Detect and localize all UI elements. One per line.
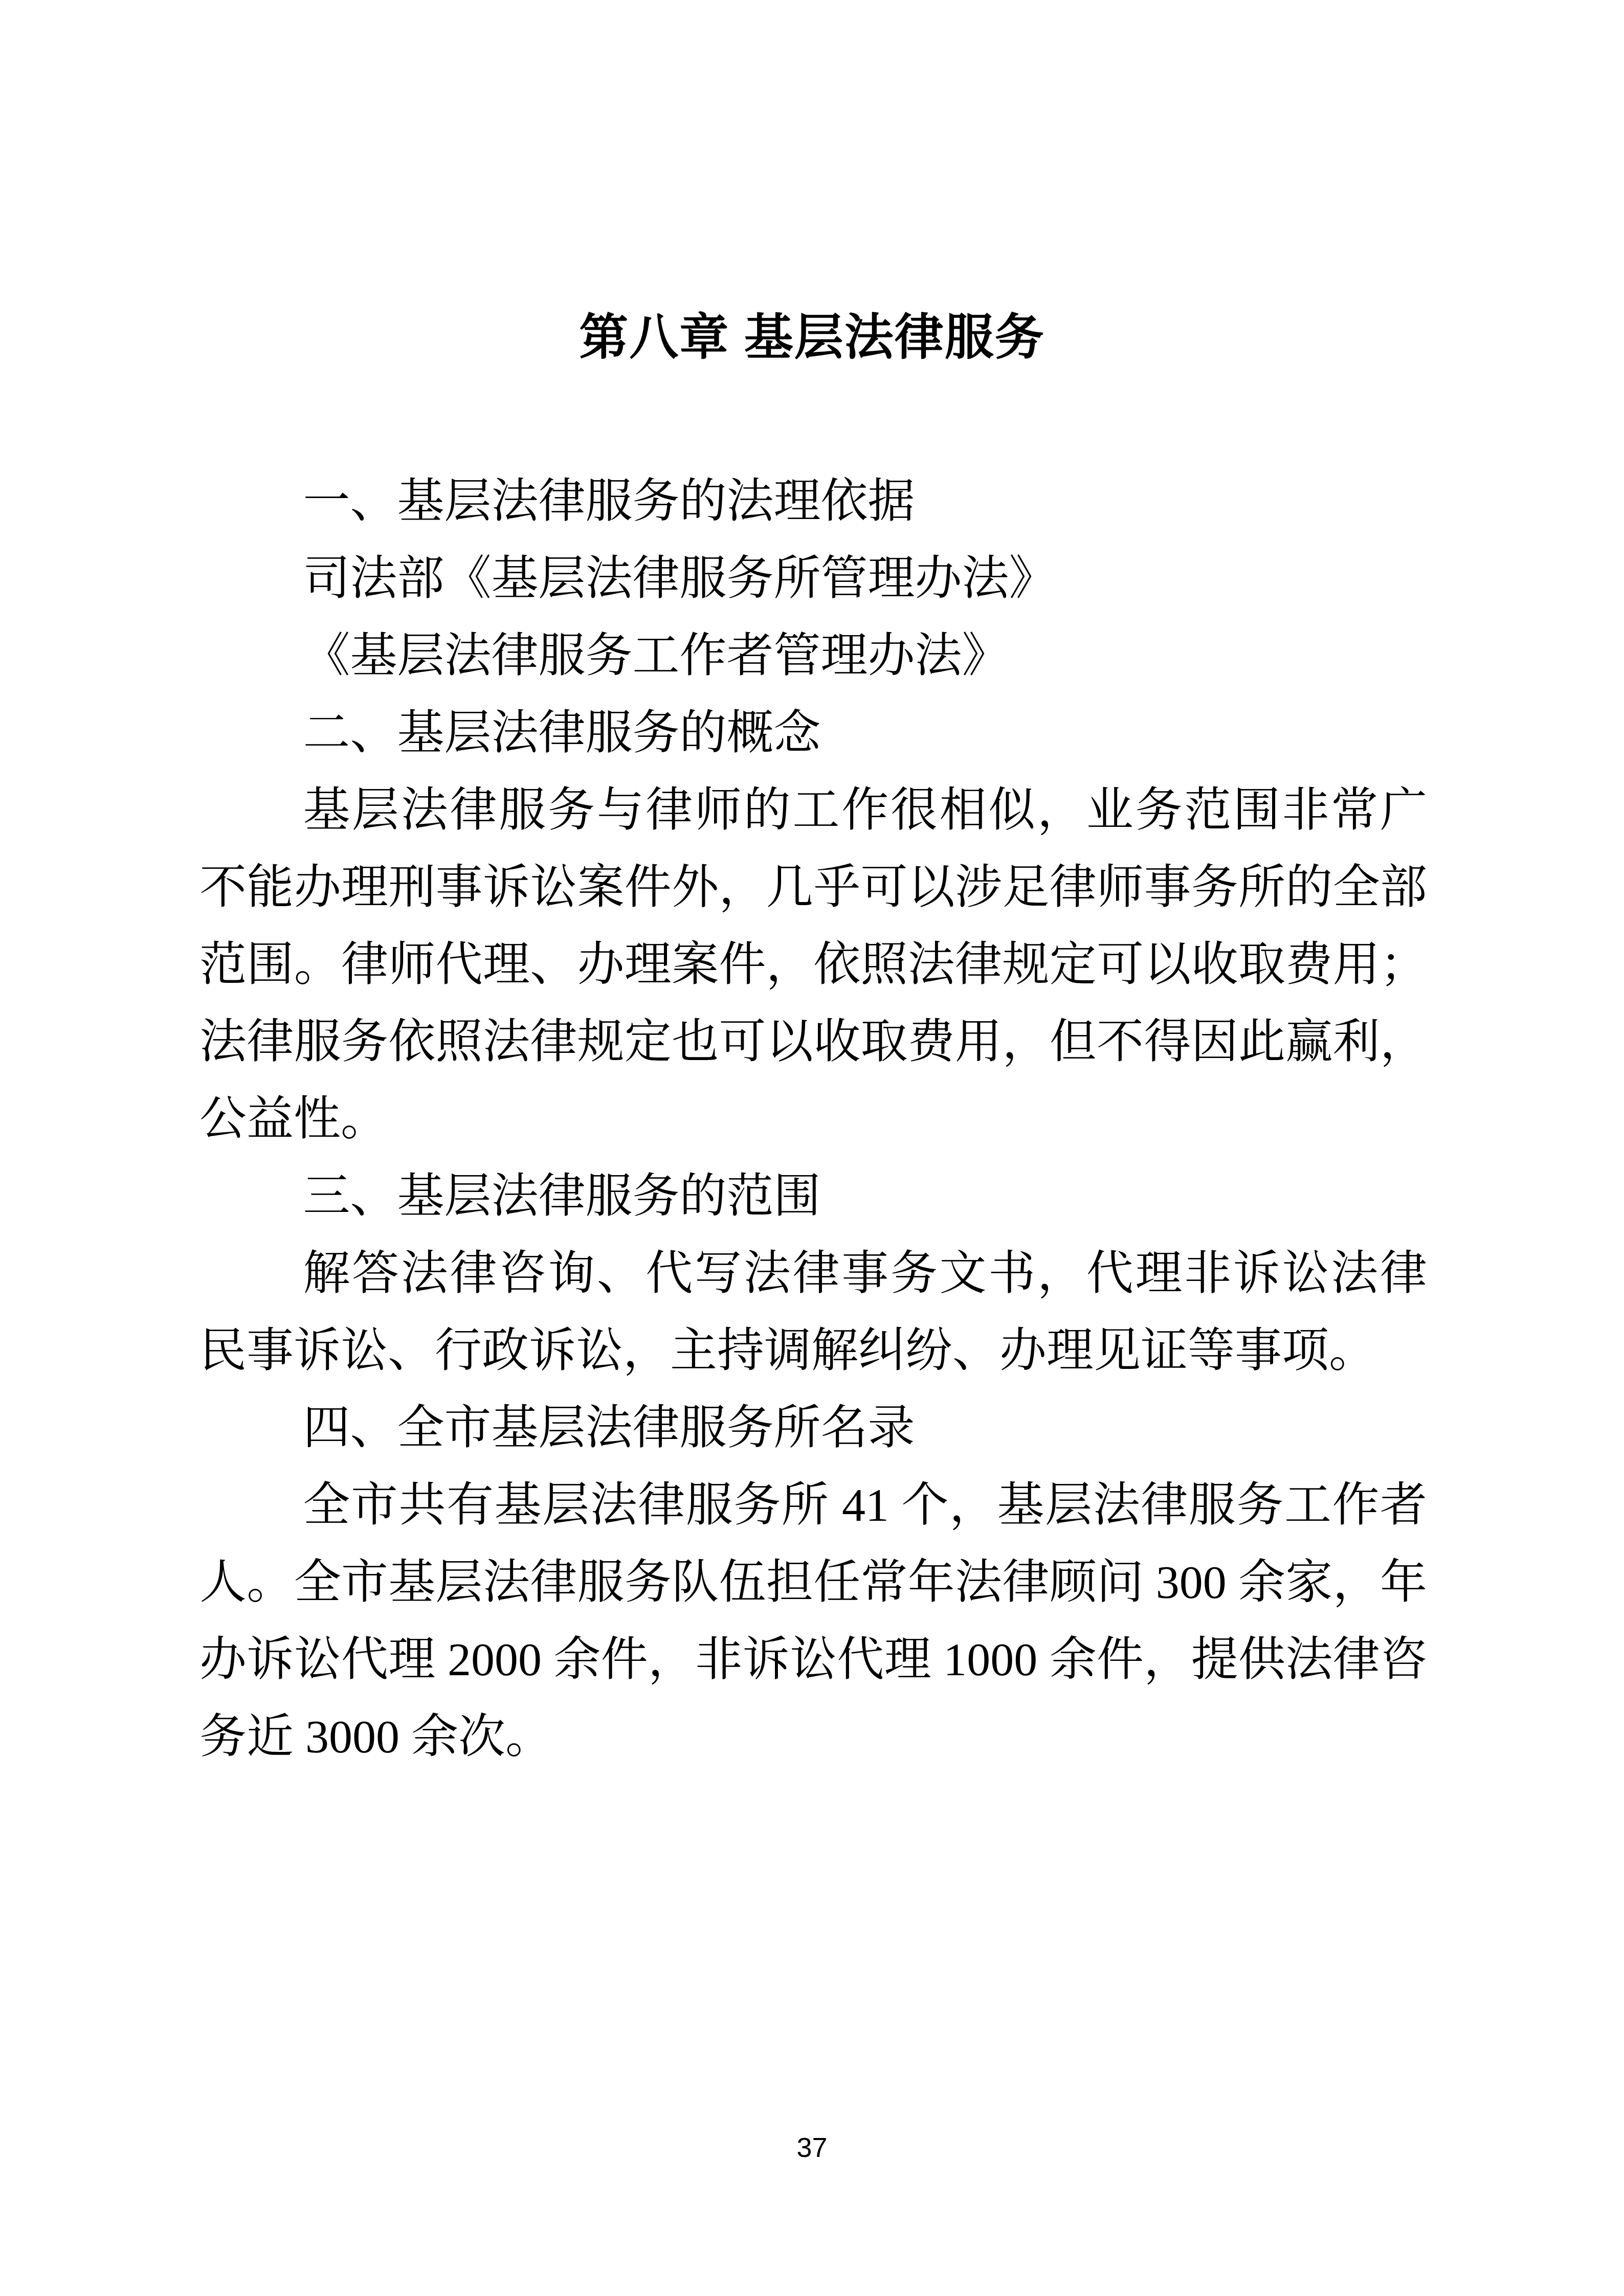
- document-page: 第八章 基层法律服务 一、基层法律服务的法理依据司法部《基层法律服务所管理办法》…: [0, 0, 1624, 2296]
- body-line: 《基层法律服务工作者管理办法》: [199, 617, 1427, 694]
- body-line: 范围。律师代理、办理案件，依照法律规定可以收取费用；基层: [199, 926, 1427, 1003]
- body-line: 四、全市基层法律服务所名录: [199, 1389, 1427, 1467]
- body-line: 司法部《基层法律服务所管理办法》: [199, 540, 1427, 617]
- page-number: 37: [0, 2127, 1624, 2168]
- body-line: 法律服务依照法律规定也可以收取费用，但不得因此赢利，具有: [199, 1003, 1427, 1081]
- body-line: 人。全市基层法律服务队伍担任常年法律顾问 300 余家，年均承: [199, 1544, 1427, 1621]
- body-line: 务近 3000 余次。: [199, 1698, 1427, 1775]
- body-line: 民事诉讼、行政诉讼，主持调解纠纷、办理见证等事项。: [199, 1312, 1427, 1389]
- body-line: 公益性。: [199, 1081, 1427, 1158]
- body-line: 办诉讼代理 2000 余件，非诉讼代理 1000 余件，提供法律咨询服: [199, 1621, 1427, 1698]
- body-line: 全市共有基层法律服务所 41 个，基层法律服务工作者 182: [199, 1467, 1427, 1544]
- body-line: 不能办理刑事诉讼案件外，几乎可以涉足律师事务所的全部业务: [199, 849, 1427, 926]
- body-text: 一、基层法律服务的法理依据司法部《基层法律服务所管理办法》《基层法律服务工作者管…: [199, 463, 1427, 1775]
- body-line: 基层法律服务与律师的工作很相似，业务范围非常广泛，除: [199, 772, 1427, 849]
- body-line: 一、基层法律服务的法理依据: [199, 463, 1427, 540]
- body-line: 三、基层法律服务的范围: [199, 1158, 1427, 1235]
- body-line: 二、基层法律服务的概念: [199, 694, 1427, 772]
- chapter-title: 第八章 基层法律服务: [0, 307, 1624, 368]
- body-line: 解答法律咨询、代写法律事务文书，代理非诉讼法律事务、: [199, 1235, 1427, 1312]
